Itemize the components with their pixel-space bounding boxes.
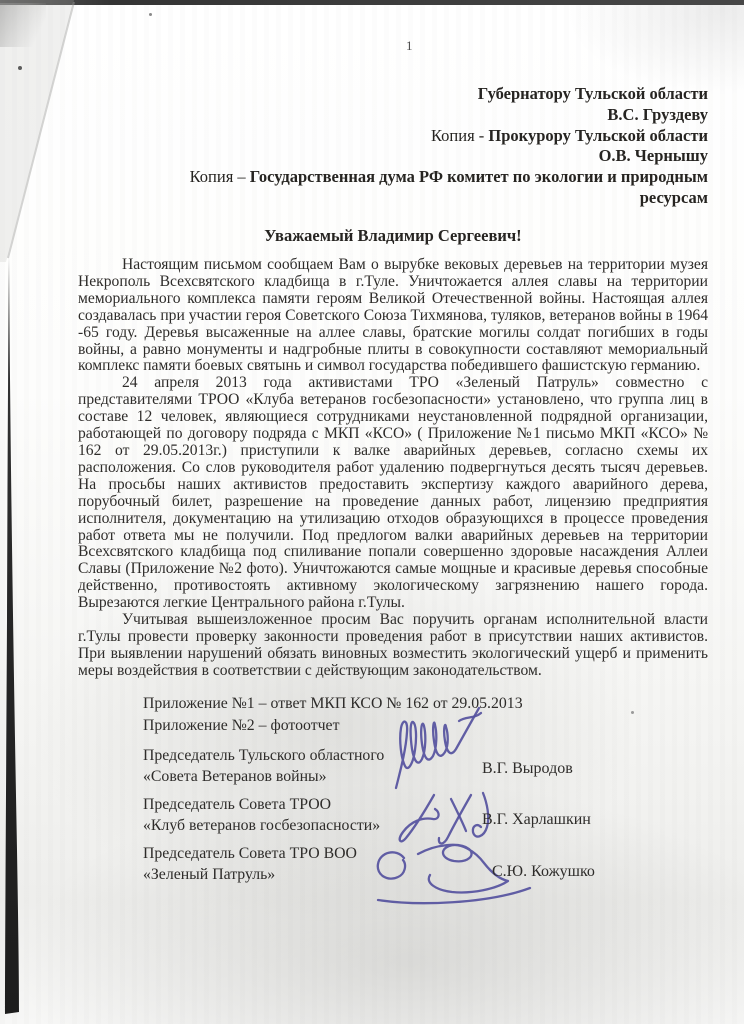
scan-speck [18, 66, 22, 70]
signatory-name: В.Г. Харлашкин [482, 811, 591, 829]
signature-row-kozhushko: Председатель Совета ТРО ВОО «Зеленый Пат… [78, 844, 708, 914]
recipient-line-chernysh: О.В. Чернышу [188, 146, 708, 167]
recipient-line-prosecutor: Копия - Прокурору Тульской области [188, 126, 708, 147]
letter-body: Настоящим письмом сообщаем Вам о вырубке… [78, 257, 708, 680]
scan-speck [631, 711, 634, 714]
recipient-line-gruzdev: В.С. Груздеву [188, 105, 708, 126]
salutation: Уважаемый Владимир Сергеевич! [78, 226, 708, 246]
recipient-line-governor: Губернатору Тульской области [188, 84, 708, 105]
recipient-block: Губернатору Тульской области В.С. Грузде… [188, 84, 708, 209]
scan-speck [149, 13, 152, 16]
page-number: 1 [406, 38, 413, 54]
signature-vyrodov [386, 698, 488, 794]
recipient-line-duma: Копия – Государственная дума РФ комитет … [188, 167, 708, 209]
signatory-name: В.Г. Выродов [482, 760, 573, 778]
scanned-letter-page: 1 Губернатору Тульской области В.С. Груз… [0, 0, 744, 1024]
body-paragraph-2: 24 апреля 2013 года активистами ТРО «Зел… [78, 375, 708, 612]
body-paragraph-3: Учитывая вышеизложенное просим Вас поруч… [78, 612, 708, 680]
scan-edge-artifact-left [0, 0, 30, 1024]
body-paragraph-1: Настоящим письмом сообщаем Вам о вырубке… [78, 257, 708, 375]
scan-corner-shadow [0, 3, 46, 47]
signatory-name: С.Ю. Кожушко [492, 863, 595, 881]
scan-edge-artifact-top [0, 0, 744, 5]
